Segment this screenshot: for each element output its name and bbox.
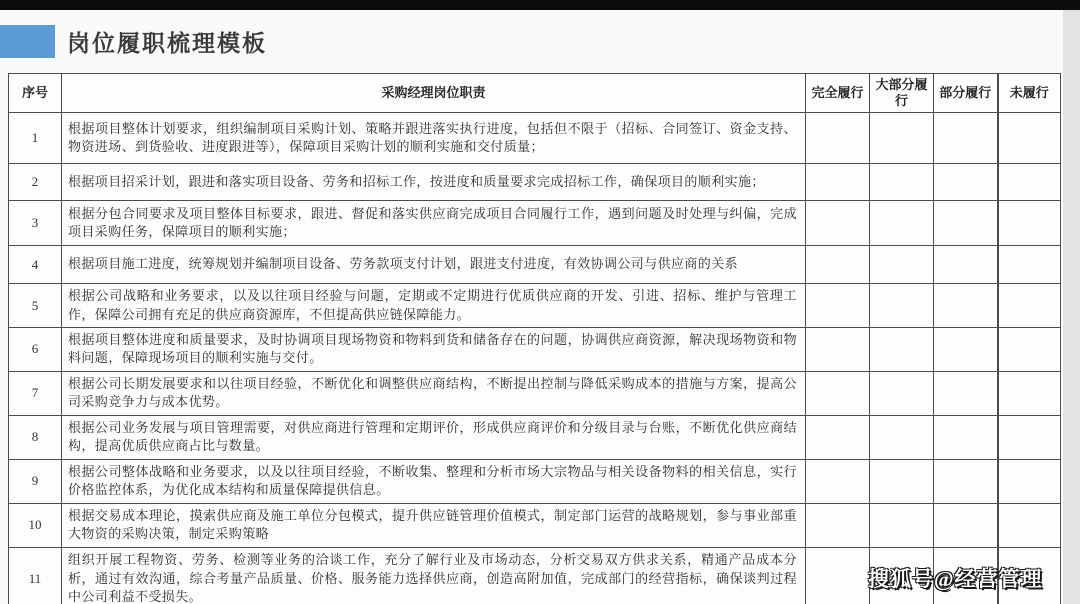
blue-accent-rect	[0, 25, 55, 58]
cell-partially-performed	[934, 459, 998, 503]
cell-partially-performed	[934, 415, 998, 459]
duty-text: 根据项目整体进度和质量要求，及时协调项目现场物资和物料到货和储备存在的问题，协调…	[62, 328, 806, 372]
header-not-performed: 未履行	[998, 74, 1061, 113]
cell-partially-performed	[934, 328, 998, 372]
cell-partially-performed	[934, 284, 998, 328]
cell-mostly-performed	[870, 246, 934, 284]
cell-not-performed	[998, 415, 1061, 459]
cell-fully-performed	[806, 284, 870, 328]
header-duty: 采购经理岗位职责	[62, 74, 806, 113]
title-block: 岗位履职梳理模板	[0, 25, 267, 58]
header-partially-performed: 部分履行	[934, 74, 998, 113]
cell-not-performed	[998, 113, 1061, 164]
table-row: 8 根据公司业务发展与项目管理需要，对供应商进行管理和定期评价，形成供应商评价和…	[9, 415, 1061, 459]
header-index: 序号	[9, 74, 62, 113]
duty-text: 根据项目施工进度，统筹规划并编制项目设备、劳务款项支付计划，跟进支付进度，有效协…	[62, 246, 806, 284]
row-index: 2	[9, 164, 62, 201]
page-title: 岗位履职梳理模板	[67, 25, 267, 58]
cell-mostly-performed	[870, 284, 934, 328]
duty-text: 根据交易成本理论，摸索供应商及施工单位分包模式，提升供应链管理价值模式，制定部门…	[62, 503, 806, 547]
cell-partially-performed	[934, 503, 998, 547]
cell-fully-performed	[806, 113, 870, 164]
row-index: 3	[9, 201, 62, 246]
cell-fully-performed	[806, 201, 870, 246]
table-row: 3 根据分包合同要求及项目整体目标要求，跟进、督促和落实供应商完成项目合同履行工…	[9, 201, 1061, 246]
cell-mostly-performed	[870, 113, 934, 164]
duty-text: 根据公司业务发展与项目管理需要，对供应商进行管理和定期评价，形成供应商评价和分级…	[62, 415, 806, 459]
duty-text: 组织开展工程物资、劳务、检测等业务的洽谈工作，充分了解行业及市场动态，分析交易双…	[62, 547, 806, 604]
duty-text: 根据项目整体计划要求，组织编制项目采购计划、策略并跟进落实执行进度，包括但不限于…	[62, 113, 806, 164]
header-mostly-performed: 大部分履行	[870, 74, 934, 113]
cell-partially-performed	[934, 246, 998, 284]
cell-mostly-performed	[870, 328, 934, 372]
cell-not-performed	[998, 503, 1061, 547]
cell-fully-performed	[806, 415, 870, 459]
cell-not-performed	[998, 201, 1061, 246]
cell-not-performed	[998, 284, 1061, 328]
cell-partially-performed	[934, 371, 998, 415]
row-index: 5	[9, 284, 62, 328]
duty-text: 根据公司战略和业务要求，以及以往项目经验与问题，定期或不定期进行优质供应商的开发…	[62, 284, 806, 328]
cell-partially-performed	[934, 113, 998, 164]
cell-not-performed	[998, 164, 1061, 201]
row-index: 7	[9, 371, 62, 415]
table-row: 6 根据项目整体进度和质量要求，及时协调项目现场物资和物料到货和储备存在的问题，…	[9, 328, 1061, 372]
duty-text: 根据公司长期发展要求和以往项目经验，不断优化和调整供应商结构，不断提出控制与降低…	[62, 371, 806, 415]
table-row: 9 根据公司整体战略和业务要求，以及以往项目经验，不断收集、整理和分析市场大宗物…	[9, 459, 1061, 503]
table-row: 7 根据公司长期发展要求和以往项目经验，不断优化和调整供应商结构，不断提出控制与…	[9, 371, 1061, 415]
cell-fully-performed	[806, 459, 870, 503]
row-index: 4	[9, 246, 62, 284]
cell-mostly-performed	[870, 371, 934, 415]
row-index: 9	[9, 459, 62, 503]
cell-mostly-performed	[870, 415, 934, 459]
duty-text: 根据项目招采计划，跟进和落实项目设备、劳务和招标工作，按进度和质量要求完成招标工…	[62, 164, 806, 201]
cell-mostly-performed	[870, 459, 934, 503]
table-row: 10 根据交易成本理论，摸索供应商及施工单位分包模式，提升供应链管理价值模式，制…	[9, 503, 1061, 547]
duty-text: 根据分包合同要求及项目整体目标要求，跟进、督促和落实供应商完成项目合同履行工作，…	[62, 201, 806, 246]
row-index: 8	[9, 415, 62, 459]
table-row: 1 根据项目整体计划要求，组织编制项目采购计划、策略并跟进落实执行进度，包括但不…	[9, 113, 1061, 164]
cell-fully-performed	[806, 503, 870, 547]
table-row: 4 根据项目施工进度，统筹规划并编制项目设备、劳务款项支付计划，跟进支付进度，有…	[9, 246, 1061, 284]
row-index: 11	[9, 547, 62, 604]
cell-partially-performed	[934, 164, 998, 201]
table-row: 2 根据项目招采计划，跟进和落实项目设备、劳务和招标工作，按进度和质量要求完成招…	[9, 164, 1061, 201]
cell-not-performed	[998, 246, 1061, 284]
cell-not-performed	[998, 328, 1061, 372]
right-gray-margin	[1063, 10, 1080, 604]
cell-fully-performed	[806, 547, 870, 604]
cell-fully-performed	[806, 371, 870, 415]
cell-fully-performed	[806, 164, 870, 201]
table-row: 5 根据公司战略和业务要求，以及以往项目经验与问题，定期或不定期进行优质供应商的…	[9, 284, 1061, 328]
top-black-bar	[0, 0, 1080, 10]
duty-text: 根据公司整体战略和业务要求，以及以往项目经验，不断收集、整理和分析市场大宗物品与…	[62, 459, 806, 503]
cell-fully-performed	[806, 246, 870, 284]
row-index: 10	[9, 503, 62, 547]
header-fully-performed: 完全履行	[806, 74, 870, 113]
duty-table: 序号 采购经理岗位职责 完全履行 大部分履行 部分履行 未履行 1 根据项目整体…	[8, 73, 1061, 604]
cell-fully-performed	[806, 328, 870, 372]
row-index: 6	[9, 328, 62, 372]
cell-partially-performed	[934, 201, 998, 246]
cell-not-performed	[998, 371, 1061, 415]
cell-mostly-performed	[870, 164, 934, 201]
cell-mostly-performed	[870, 503, 934, 547]
header-row: 序号 采购经理岗位职责 完全履行 大部分履行 部分履行 未履行	[9, 74, 1061, 113]
cell-not-performed	[998, 459, 1061, 503]
row-index: 1	[9, 113, 62, 164]
cell-mostly-performed	[870, 201, 934, 246]
sohu-watermark: 搜狐号@经营管理	[868, 563, 1043, 593]
